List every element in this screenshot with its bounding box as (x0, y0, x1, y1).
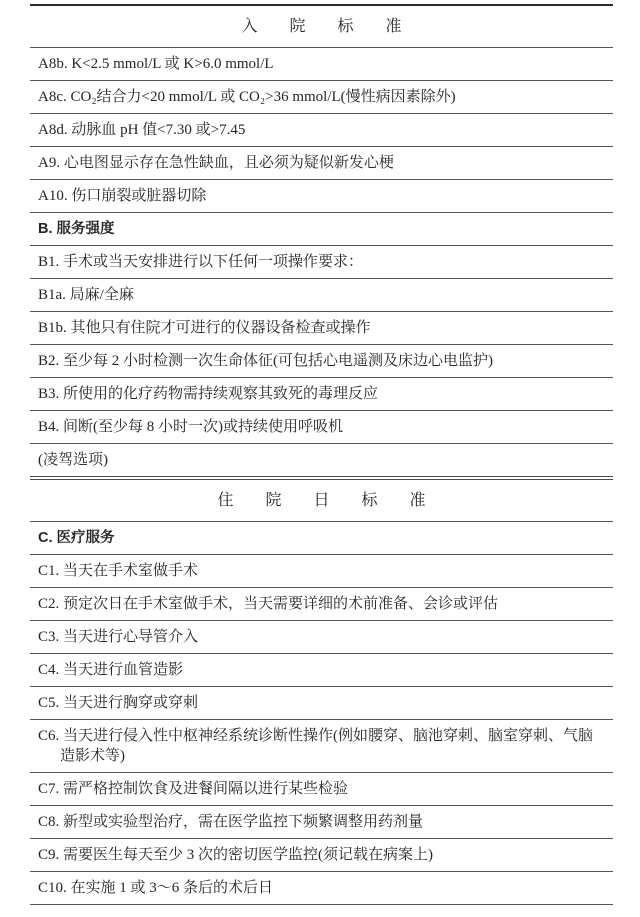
criteria-row-c4: C4. 当天进行血管造影 (30, 654, 613, 687)
criteria-row-a8c: A8c. CO₂结合力<20 mmol/L 或 CO₂>36 mmol/L(慢性… (30, 81, 613, 114)
criteria-row-c7: C7. 需严格控制饮食及进餐间隔以进行某些检验 (30, 773, 613, 806)
criteria-row-b3: B3. 所使用的化疗药物需持续观察其致死的毒理反应 (30, 378, 613, 411)
section-header-b-service-intensity: B. 服务强度 (30, 213, 613, 246)
scanned-document-page: 入院标准 A8b. K<2.5 mmol/L 或 K>6.0 mmol/L A8… (0, 0, 640, 917)
section-header-c-medical-service: C. 医疗服务 (30, 522, 613, 555)
criteria-row-c9: C9. 需要医生每天至少 3 次的密切医学监控(须记载在病案上) (30, 839, 613, 872)
admission-criteria-table: 入院标准 A8b. K<2.5 mmol/L 或 K>6.0 mmol/L A8… (30, 4, 613, 476)
criteria-row-a9: A9. 心电图显示存在急性缺血，且必须为疑似新发心梗 (30, 147, 613, 180)
criteria-row-c2: C2. 预定次日在手术室做手术，当天需要详细的术前准备、会诊或评估 (30, 588, 613, 621)
criteria-row-c5: C5. 当天进行胸穿或穿刺 (30, 687, 613, 720)
criteria-row-b1b: B1b. 其他只有住院才可进行的仪器设备检查或操作 (30, 312, 613, 345)
criteria-row-b4: B4. 间断(至少每 8 小时一次)或持续使用呼吸机 (30, 411, 613, 444)
criteria-row-c6: C6. 当天进行侵入性中枢神经系统诊断性操作(例如腰穿、脑池穿刺、脑室穿刺、气脑… (30, 720, 613, 773)
criteria-row-c3: C3. 当天进行心导管介入 (30, 621, 613, 654)
criteria-row-b2: B2. 至少每 2 小时检测一次生命体征(可包括心电遥测及床边心电监护) (30, 345, 613, 378)
criteria-row-b1a: B1a. 局麻/全麻 (30, 279, 613, 312)
criteria-row-override-option: (凌驾选项) (30, 444, 613, 476)
tables-wrapper: 入院标准 A8b. K<2.5 mmol/L 或 K>6.0 mmol/L A8… (30, 4, 613, 905)
hospital-day-criteria-title: 住院日标准 (30, 480, 613, 522)
hospital-day-criteria-table: 住院日标准 C. 医疗服务 C1. 当天在手术室做手术 C2. 预定次日在手术室… (30, 476, 613, 905)
criteria-row-a8d: A8d. 动脉血 pH 值<7.30 或>7.45 (30, 114, 613, 147)
criteria-row-b1: B1. 手术或当天安排进行以下任何一项操作要求： (30, 246, 613, 279)
criteria-row-c1: C1. 当天在手术室做手术 (30, 555, 613, 588)
criteria-row-a10: A10. 伤口崩裂或脏器切除 (30, 180, 613, 213)
admission-criteria-title: 入院标准 (30, 6, 613, 48)
criteria-row-c8: C8. 新型或实验型治疗，需在医学监控下频繁调整用药剂量 (30, 806, 613, 839)
criteria-row-c10: C10. 在实施 1 或 3～6 条后的术后日 (30, 872, 613, 905)
criteria-row-a8b: A8b. K<2.5 mmol/L 或 K>6.0 mmol/L (30, 48, 613, 81)
